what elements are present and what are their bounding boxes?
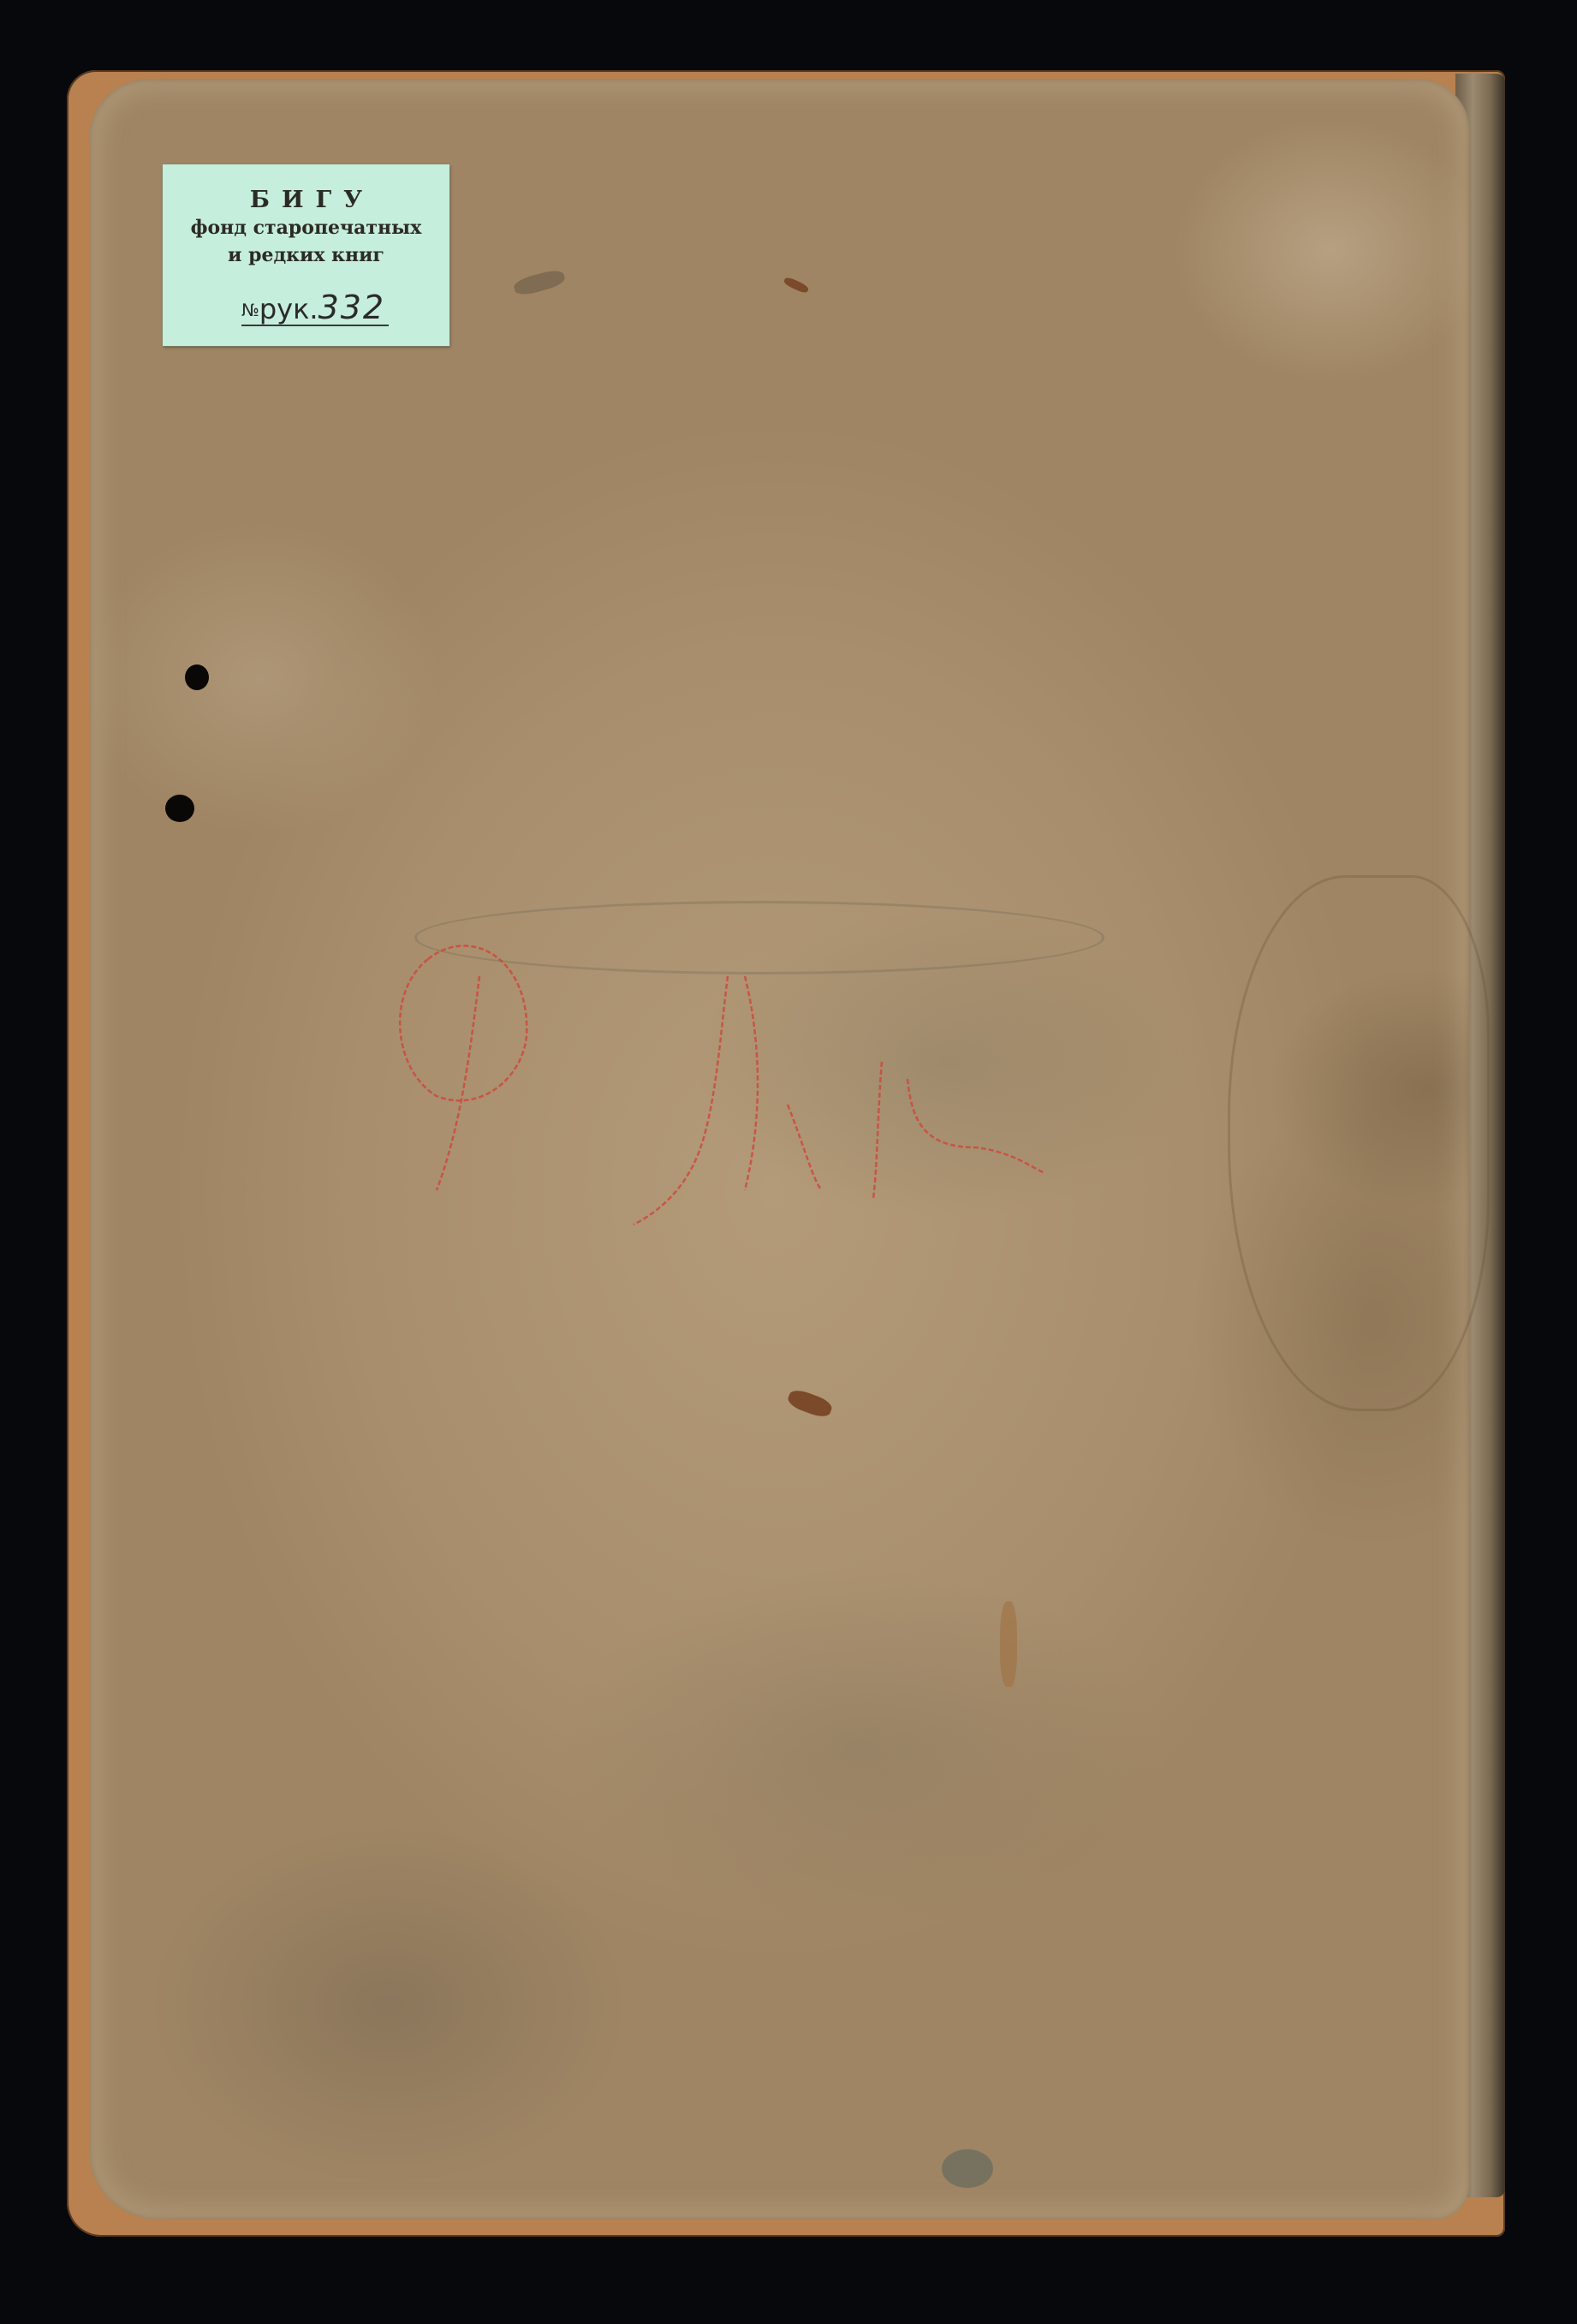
stain-spot xyxy=(1000,1601,1017,1687)
label-collection-line1: фонд старопечатных xyxy=(163,217,449,239)
red-pencil-scribble xyxy=(377,908,1147,1233)
hole xyxy=(185,664,209,690)
label-shelfmark: №рук.332 xyxy=(241,293,389,326)
label-collection-line2: и редких книг xyxy=(163,244,449,266)
number-sign: № xyxy=(241,300,259,320)
shelfmark-number: 332 xyxy=(318,289,386,326)
shelfmark-text: рук. xyxy=(259,293,318,325)
label-institution: БИГУ xyxy=(163,187,449,213)
stain-spot xyxy=(942,2149,993,2188)
library-label: БИГУ фонд старопечатных и редких книг №р… xyxy=(163,164,449,346)
photo-scene: БИГУ фонд старопечатных и редких книг №р… xyxy=(0,0,1577,2324)
water-stain xyxy=(1228,875,1490,1411)
hole xyxy=(165,795,194,822)
